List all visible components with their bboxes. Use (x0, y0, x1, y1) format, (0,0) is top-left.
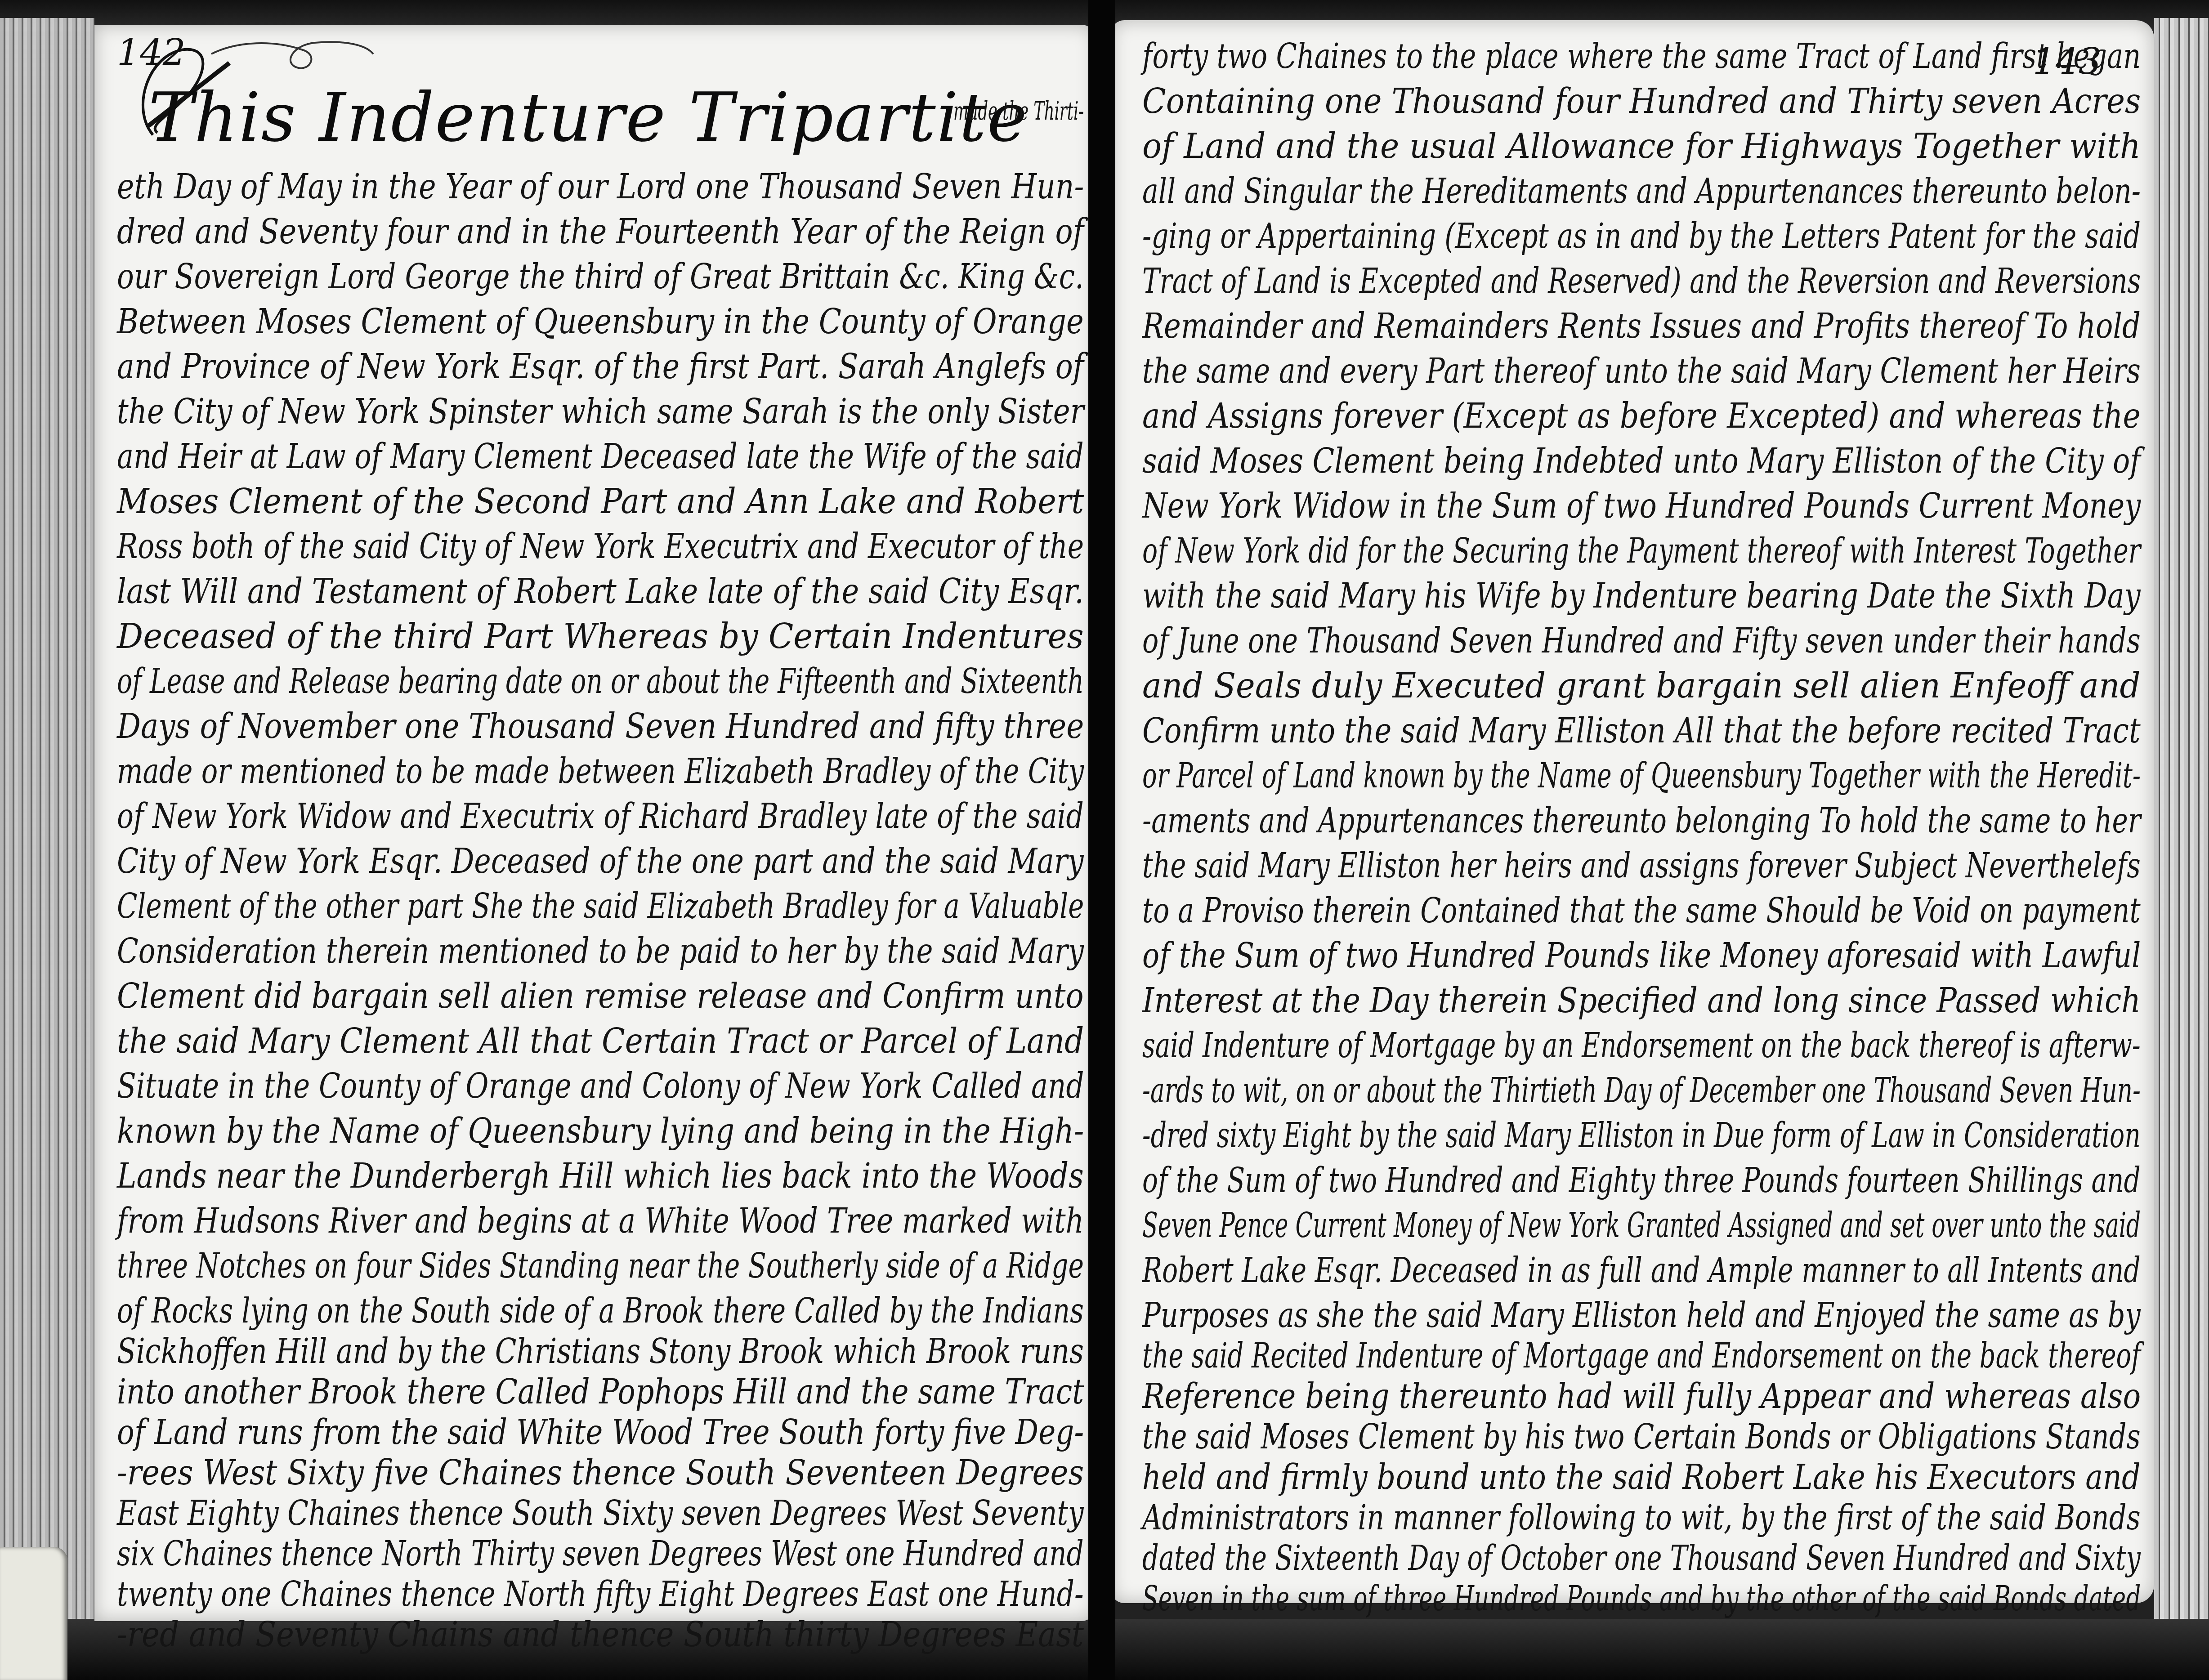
text-line: dated the Sixteenth Day of October one T… (1142, 1538, 2141, 1578)
text-line: to a Proviso therein Contained that the … (1142, 890, 2141, 930)
text-line: Moses Clement of the Second Part and Ann… (117, 481, 1084, 521)
text-line: into another Brook there Called Pophops … (117, 1372, 1084, 1412)
text-line: of June one Thousand Seven Hundred and F… (1142, 621, 2141, 661)
text-line: Ross both of the said City of New York E… (117, 526, 1084, 566)
book-clasp (0, 1547, 67, 1680)
text-line: City of New York Esqr. Deceased of the o… (117, 841, 1084, 881)
text-line: Purposes as she the said Mary Elliston h… (1142, 1295, 2141, 1335)
text-line: Clement did bargain sell alien remise re… (117, 976, 1084, 1016)
text-line: and Assigns forever (Except as before Ex… (1142, 396, 2141, 436)
text-line: the said Moses Clement by his two Certai… (1142, 1416, 2141, 1457)
text-line: all and Singular the Hereditaments and A… (1142, 171, 2141, 211)
text-line: the City of New York Spinster which same… (117, 391, 1084, 431)
book-gutter (1088, 0, 1115, 1680)
text-line: Remainder and Remainders Rents Issues an… (1142, 306, 2141, 346)
text-line: from Hudsons River and begins at a White… (117, 1201, 1084, 1241)
text-line: six Chaines thence North Thirty seven De… (117, 1533, 1084, 1573)
text-line: held and firmly bound unto the said Robe… (1142, 1457, 2141, 1497)
text-line: Reference being thereunto had will fully… (1142, 1376, 2141, 1416)
text-line: Clement of the other part She the said E… (117, 886, 1084, 926)
text-line: and Heir at Law of Mary Clement Deceased… (117, 436, 1084, 476)
text-line: Deceased of the third Part Whereas by Ce… (117, 616, 1084, 656)
text-line: of the Sum of two Hundred Pounds like Mo… (1142, 935, 2141, 975)
right-page-edges (2154, 18, 2209, 1659)
text-line: the said Mary Clement All that Certain T… (117, 1021, 1084, 1061)
text-line: and Province of New York Esqr. of the fi… (117, 346, 1084, 386)
open-ledger-book: 142 143 This Indenture Tripartite made t… (0, 0, 2209, 1680)
text-line: of Rocks lying on the South side of a Br… (117, 1291, 1084, 1331)
text-line: Administrators in manner following to wi… (1142, 1497, 2141, 1537)
text-line: -ards to wit, on or about the Thirtieth … (1142, 1070, 2141, 1110)
text-line: forty two Chaines to the place where the… (1142, 36, 2141, 76)
text-line: -dred sixty Eight by the said Mary Ellis… (1142, 1115, 2141, 1155)
text-line: Containing one Thousand four Hundred and… (1142, 81, 2141, 121)
text-line: of Lease and Release bearing date on or … (117, 661, 1084, 701)
text-line: -rees West Sixty five Chaines thence Sou… (117, 1452, 1084, 1492)
text-line: said Indenture of Mortgage by an Endorse… (1142, 1025, 2141, 1065)
text-line: Sickhoffen Hill and by the Christians St… (117, 1331, 1084, 1371)
text-line: New York Widow in the Sum of two Hundred… (1142, 486, 2141, 526)
text-line: -aments and Appurtenances thereunto belo… (1142, 800, 2141, 840)
text-line: Tract of Land is Excepted and Reserved) … (1142, 261, 2141, 301)
left-page-edges (0, 18, 94, 1659)
text-line: with the said Mary his Wife by Indenture… (1142, 576, 2141, 616)
text-line: three Notches on four Sides Standing nea… (117, 1246, 1084, 1286)
text-line: the same and every Part thereof unto the… (1142, 351, 2141, 391)
text-line: made the Thirti- (953, 97, 1084, 126)
text-line: dred and Seventy four and in the Fourtee… (117, 211, 1084, 251)
text-line: of New York did for the Securing the Pay… (1142, 531, 2141, 571)
text-line: Days of November one Thousand Seven Hund… (117, 706, 1084, 746)
text-line: of New York Widow and Executrix of Richa… (117, 796, 1084, 836)
text-line: the said Recited Indenture of Mortgage a… (1142, 1336, 2141, 1376)
text-line: of the Sum of two Hundred and Eighty thr… (1142, 1160, 2141, 1200)
text-line: twenty one Chaines thence North fifty Ei… (117, 1574, 1084, 1614)
text-line: the said Mary Elliston her heirs and ass… (1142, 845, 2141, 885)
text-line: Seven Pence Current Money of New York Gr… (1142, 1205, 2141, 1245)
text-line: Consideration therein mentioned to be pa… (117, 931, 1084, 971)
text-line: made or mentioned to be made between Eli… (117, 751, 1084, 791)
text-line: said Moses Clement being Indebted unto M… (1142, 441, 2141, 481)
text-line: Robert Lake Esqr. Deceased in as full an… (1142, 1250, 2141, 1290)
document-heading: This Indenture Tripartite (148, 79, 1028, 157)
text-line: Lands near the Dunderbergh Hill which li… (117, 1156, 1084, 1196)
text-line: Situate in the County of Orange and Colo… (117, 1066, 1084, 1106)
text-line: Confirm unto the said Mary Elliston All … (1142, 710, 2141, 751)
text-line: -ging or Appertaining (Except as in and … (1142, 216, 2141, 256)
text-line: or Parcel of Land known by the Name of Q… (1142, 755, 2141, 795)
text-line: last Will and Testament of Robert Lake l… (117, 571, 1084, 611)
text-line: known by the Name of Queensbury lying an… (117, 1111, 1084, 1151)
text-line: of Land runs from the said White Wood Tr… (117, 1412, 1084, 1452)
text-line: Interest at the Day therein Specified an… (1142, 980, 2141, 1020)
text-line: and Seals duly Executed grant bargain se… (1142, 666, 2141, 706)
text-line: Seven in the sum of three Hundred Pounds… (1142, 1578, 2141, 1618)
text-line: East Eighty Chaines thence South Sixty s… (117, 1493, 1084, 1533)
text-line: Between Moses Clement of Queensbury in t… (117, 301, 1084, 341)
text-line: -red and Seventy Chains and thence South… (117, 1614, 1084, 1654)
text-line: of Land and the usual Allowance for High… (1142, 126, 2141, 166)
text-line: eth Day of May in the Year of our Lord o… (117, 166, 1084, 206)
text-line: our Sovereign Lord George the third of G… (117, 256, 1084, 296)
